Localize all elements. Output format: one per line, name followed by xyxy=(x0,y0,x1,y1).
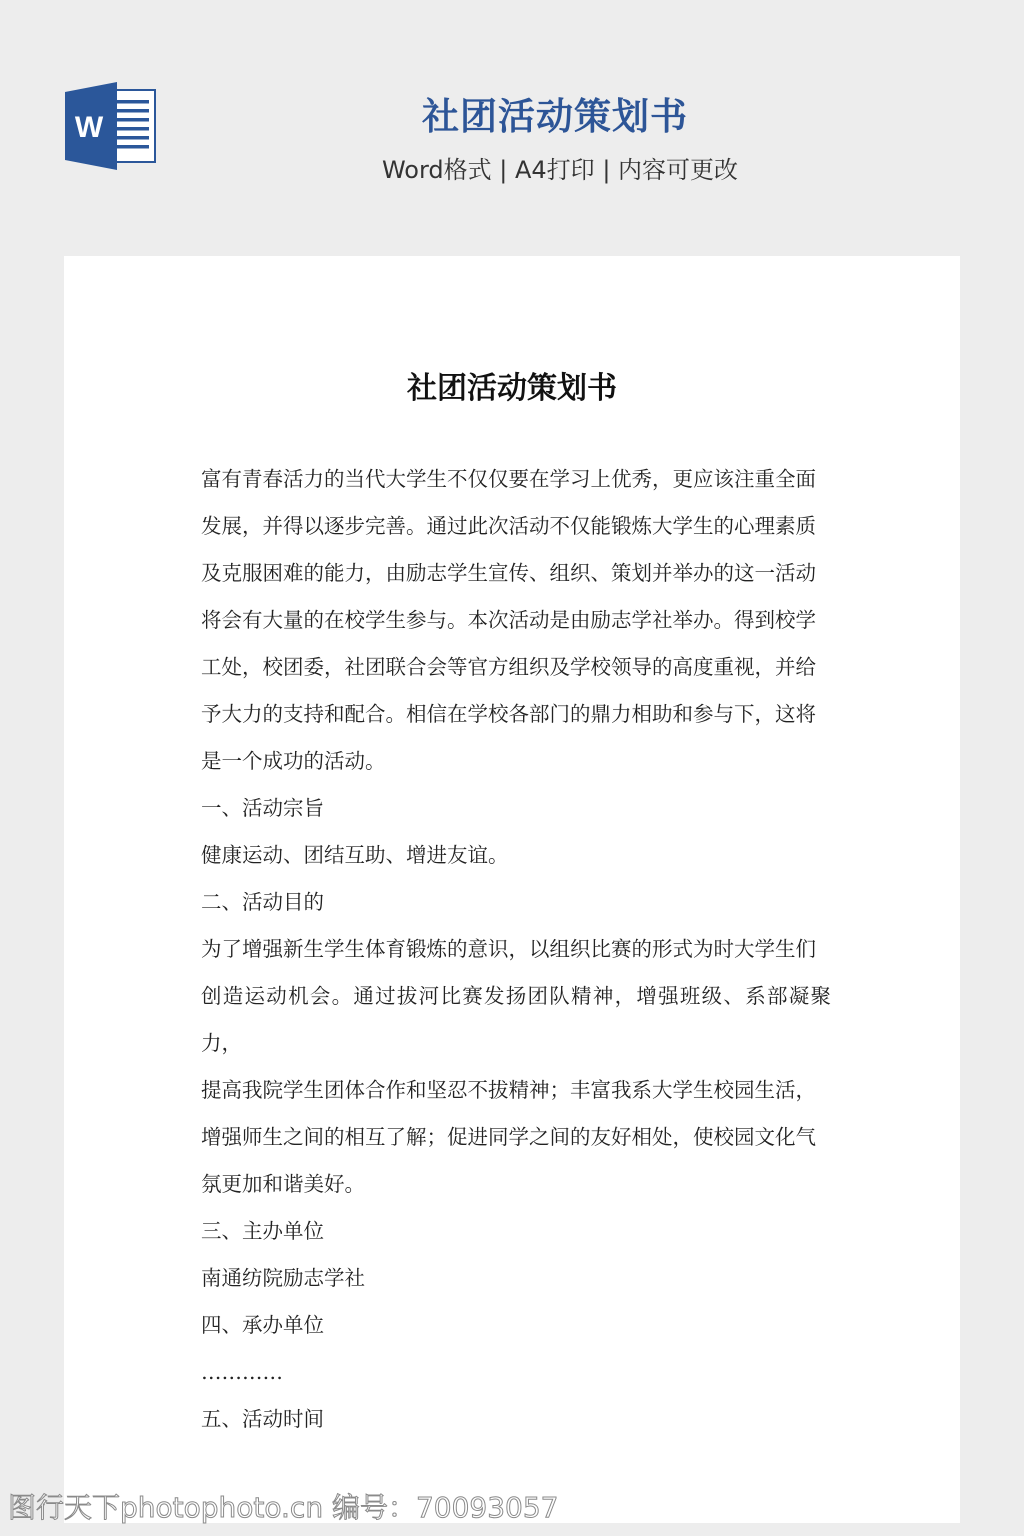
body-line: 南通纺院励志学社 xyxy=(201,1255,831,1302)
section-heading-purpose: 一、活动宗旨 xyxy=(201,785,831,832)
header-title: 社团活动策划书 xyxy=(300,92,810,142)
section-heading-co-organizer: 四、承办单位 xyxy=(201,1302,831,1349)
body-line: 富有青春活力的当代大学生不仅仅要在学习上优秀，更应该注重全面 xyxy=(201,456,831,503)
document-title: 社团活动策划书 xyxy=(64,364,960,414)
ellipsis-line: ………… xyxy=(201,1349,831,1396)
body-line: 创造运动机会。通过拔河比赛发扬团队精神，增强班级、系部凝聚力， xyxy=(201,973,831,1067)
section-heading-time: 五、活动时间 xyxy=(201,1396,831,1443)
body-line: 氛更加和谐美好。 xyxy=(201,1161,831,1208)
body-line: 为了增强新生学生体育锻炼的意识，以组织比赛的形式为时大学生们 xyxy=(201,926,831,973)
header-subtitle: Word格式 | A4打印 | 内容可更改 xyxy=(300,150,820,190)
preview-header: W 社团活动策划书 Word格式 | A4打印 | 内容可更改 xyxy=(0,0,1024,256)
watermark: 图行天下photophoto.cn 编号：70093057 xyxy=(8,1490,559,1526)
body-line: 予大力的支持和配合。相信在学校各部门的鼎力相助和参与下，这将 xyxy=(201,691,831,738)
body-line: 发展，并得以逐步完善。通过此次活动不仅能锻炼大学生的心理素质 xyxy=(201,503,831,550)
word-document-icon: W xyxy=(65,82,157,170)
body-line: 健康运动、团结互助、增进友谊。 xyxy=(201,832,831,879)
document-page: 社团活动策划书 富有青春活力的当代大学生不仅仅要在学习上优秀，更应该注重全面 发… xyxy=(64,256,960,1523)
body-line: 是一个成功的活动。 xyxy=(201,738,831,785)
body-line: 提高我院学生团体合作和坚忍不拔精神；丰富我系大学生校园生活， xyxy=(201,1067,831,1114)
section-heading-organizer: 三、主办单位 xyxy=(201,1208,831,1255)
document-body: 富有青春活力的当代大学生不仅仅要在学习上优秀，更应该注重全面 发展，并得以逐步完… xyxy=(201,456,831,1443)
body-line: 将会有大量的在校学生参与。本次活动是由励志学社举办。得到校学 xyxy=(201,597,831,644)
body-line: 及克服困难的能力，由励志学生宣传、组织、策划并举办的这一活动 xyxy=(201,550,831,597)
body-line: 增强师生之间的相互了解；促进同学之间的友好相处，使校园文化气 xyxy=(201,1114,831,1161)
svg-text:W: W xyxy=(75,111,104,144)
section-heading-goal: 二、活动目的 xyxy=(201,879,831,926)
body-line: 工处，校团委，社团联合会等官方组织及学校领导的高度重视，并给 xyxy=(201,644,831,691)
